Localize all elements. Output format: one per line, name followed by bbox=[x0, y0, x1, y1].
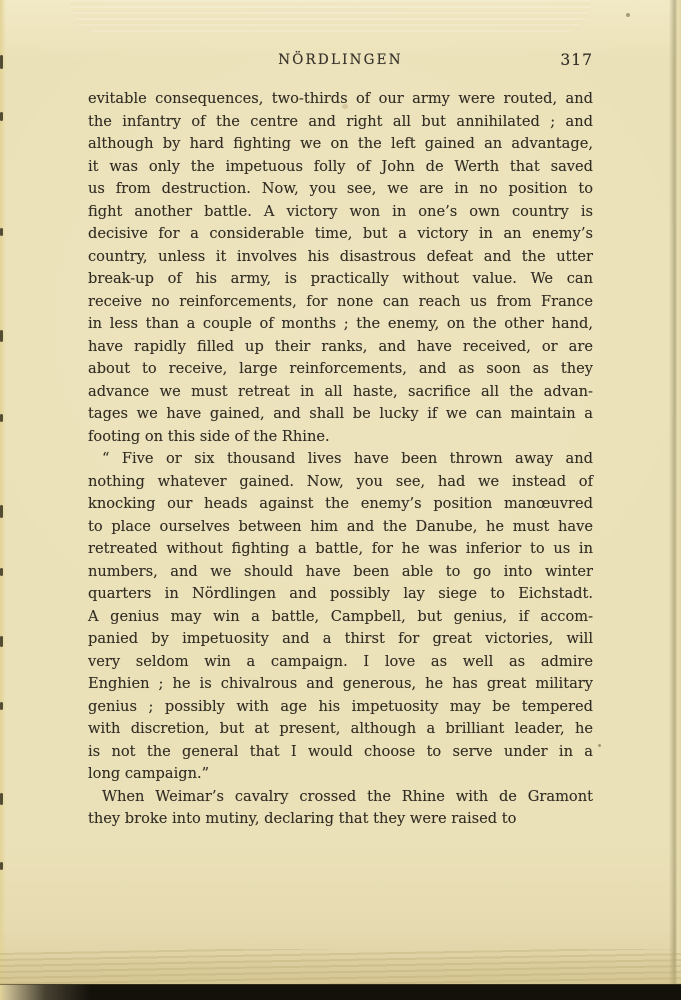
text-line: When Weimar’s cavalry crossed the Rhine … bbox=[88, 786, 593, 809]
page-edge-right bbox=[669, 0, 681, 1000]
text-line: have rapidly filled up their ranks, and … bbox=[88, 336, 593, 359]
binding-mark bbox=[0, 793, 3, 805]
binding-mark bbox=[0, 862, 3, 870]
text-line: it was only the impetuous folly of John … bbox=[88, 156, 593, 179]
text-line: although by hard fighting we on the left… bbox=[88, 133, 593, 156]
binding-mark bbox=[0, 414, 3, 422]
text-line: break-up of his army, is practically wit… bbox=[88, 268, 593, 291]
text-line: knocking our heads against the enemy’s p… bbox=[88, 493, 593, 516]
text-line: the infantry of the centre and right all… bbox=[88, 111, 593, 134]
binding-mark bbox=[0, 228, 3, 236]
paragraph: evitable consequences, two-thirds of our… bbox=[88, 88, 593, 448]
binding-mark bbox=[0, 505, 3, 518]
paper-speck bbox=[626, 13, 630, 17]
text-line: about to receive, large reinforcements, … bbox=[88, 358, 593, 381]
binding-mark bbox=[0, 55, 3, 69]
scan-background-strip bbox=[0, 984, 681, 1000]
binding-mark bbox=[0, 702, 3, 710]
text-line: decisive for a considerable time, but a … bbox=[88, 223, 593, 246]
text-line: fight another battle. A victory won in o… bbox=[88, 201, 593, 224]
binding-mark bbox=[0, 112, 3, 121]
text-line: “ Five or six thousand lives have been t… bbox=[88, 448, 593, 471]
text-line: A genius may win a battle, Campbell, but… bbox=[88, 606, 593, 629]
text-line: is not the general that I would choose t… bbox=[88, 741, 593, 764]
text-line: they broke into mutiny, declaring that t… bbox=[88, 808, 593, 831]
text-line: very seldom win a campaign. I love as we… bbox=[88, 651, 593, 674]
text-line: country, unless it involves his disastro… bbox=[88, 246, 593, 269]
text-line: panied by impetuosity and a thirst for g… bbox=[88, 628, 593, 651]
text-line: retreated without fighting a battle, for… bbox=[88, 538, 593, 561]
text-line: tages we have gained, and shall be lucky… bbox=[88, 403, 593, 426]
text-line: evitable consequences, two-thirds of our… bbox=[88, 88, 593, 111]
book-page-scan: NÖRDLINGEN 317 evitable consequences, tw… bbox=[0, 0, 681, 1000]
text-line: long campaign.” bbox=[88, 763, 593, 786]
paragraph: “ Five or six thousand lives have been t… bbox=[88, 448, 593, 786]
text-line: us from destruction. Now, you see, we ar… bbox=[88, 178, 593, 201]
text-line: Enghien ; he is chivalrous and generous,… bbox=[88, 673, 593, 696]
page-number: 317 bbox=[560, 51, 593, 69]
text-line: in less than a couple of months ; the en… bbox=[88, 313, 593, 336]
text-line: to place ourselves between him and the D… bbox=[88, 516, 593, 539]
text-line: footing on this side of the Rhine. bbox=[88, 426, 593, 449]
binding-mark bbox=[0, 568, 3, 576]
binding-edge bbox=[0, 0, 6, 1000]
binding-mark bbox=[0, 636, 3, 647]
text-line: numbers, and we should have been able to… bbox=[88, 561, 593, 584]
paper-speck bbox=[598, 744, 601, 747]
page-text: evitable consequences, two-thirds of our… bbox=[88, 88, 593, 831]
running-title: NÖRDLINGEN bbox=[88, 52, 593, 68]
text-line: advance we must retreat in all haste, sa… bbox=[88, 381, 593, 404]
binding-mark bbox=[0, 330, 3, 342]
text-line: nothing whatever gained. Now, you see, h… bbox=[88, 471, 593, 494]
text-line: quarters in Nördlingen and possibly lay … bbox=[88, 583, 593, 606]
page-stack-edges bbox=[0, 949, 681, 985]
text-line: with discretion, but at present, althoug… bbox=[88, 718, 593, 741]
text-line: genius ; possibly with age his impetuosi… bbox=[88, 696, 593, 719]
page-edge-streaks bbox=[70, 0, 591, 34]
text-line: receive no reinforcements, for none can … bbox=[88, 291, 593, 314]
page-header: NÖRDLINGEN 317 bbox=[88, 51, 593, 71]
paragraph: When Weimar’s cavalry crossed the Rhine … bbox=[88, 786, 593, 831]
